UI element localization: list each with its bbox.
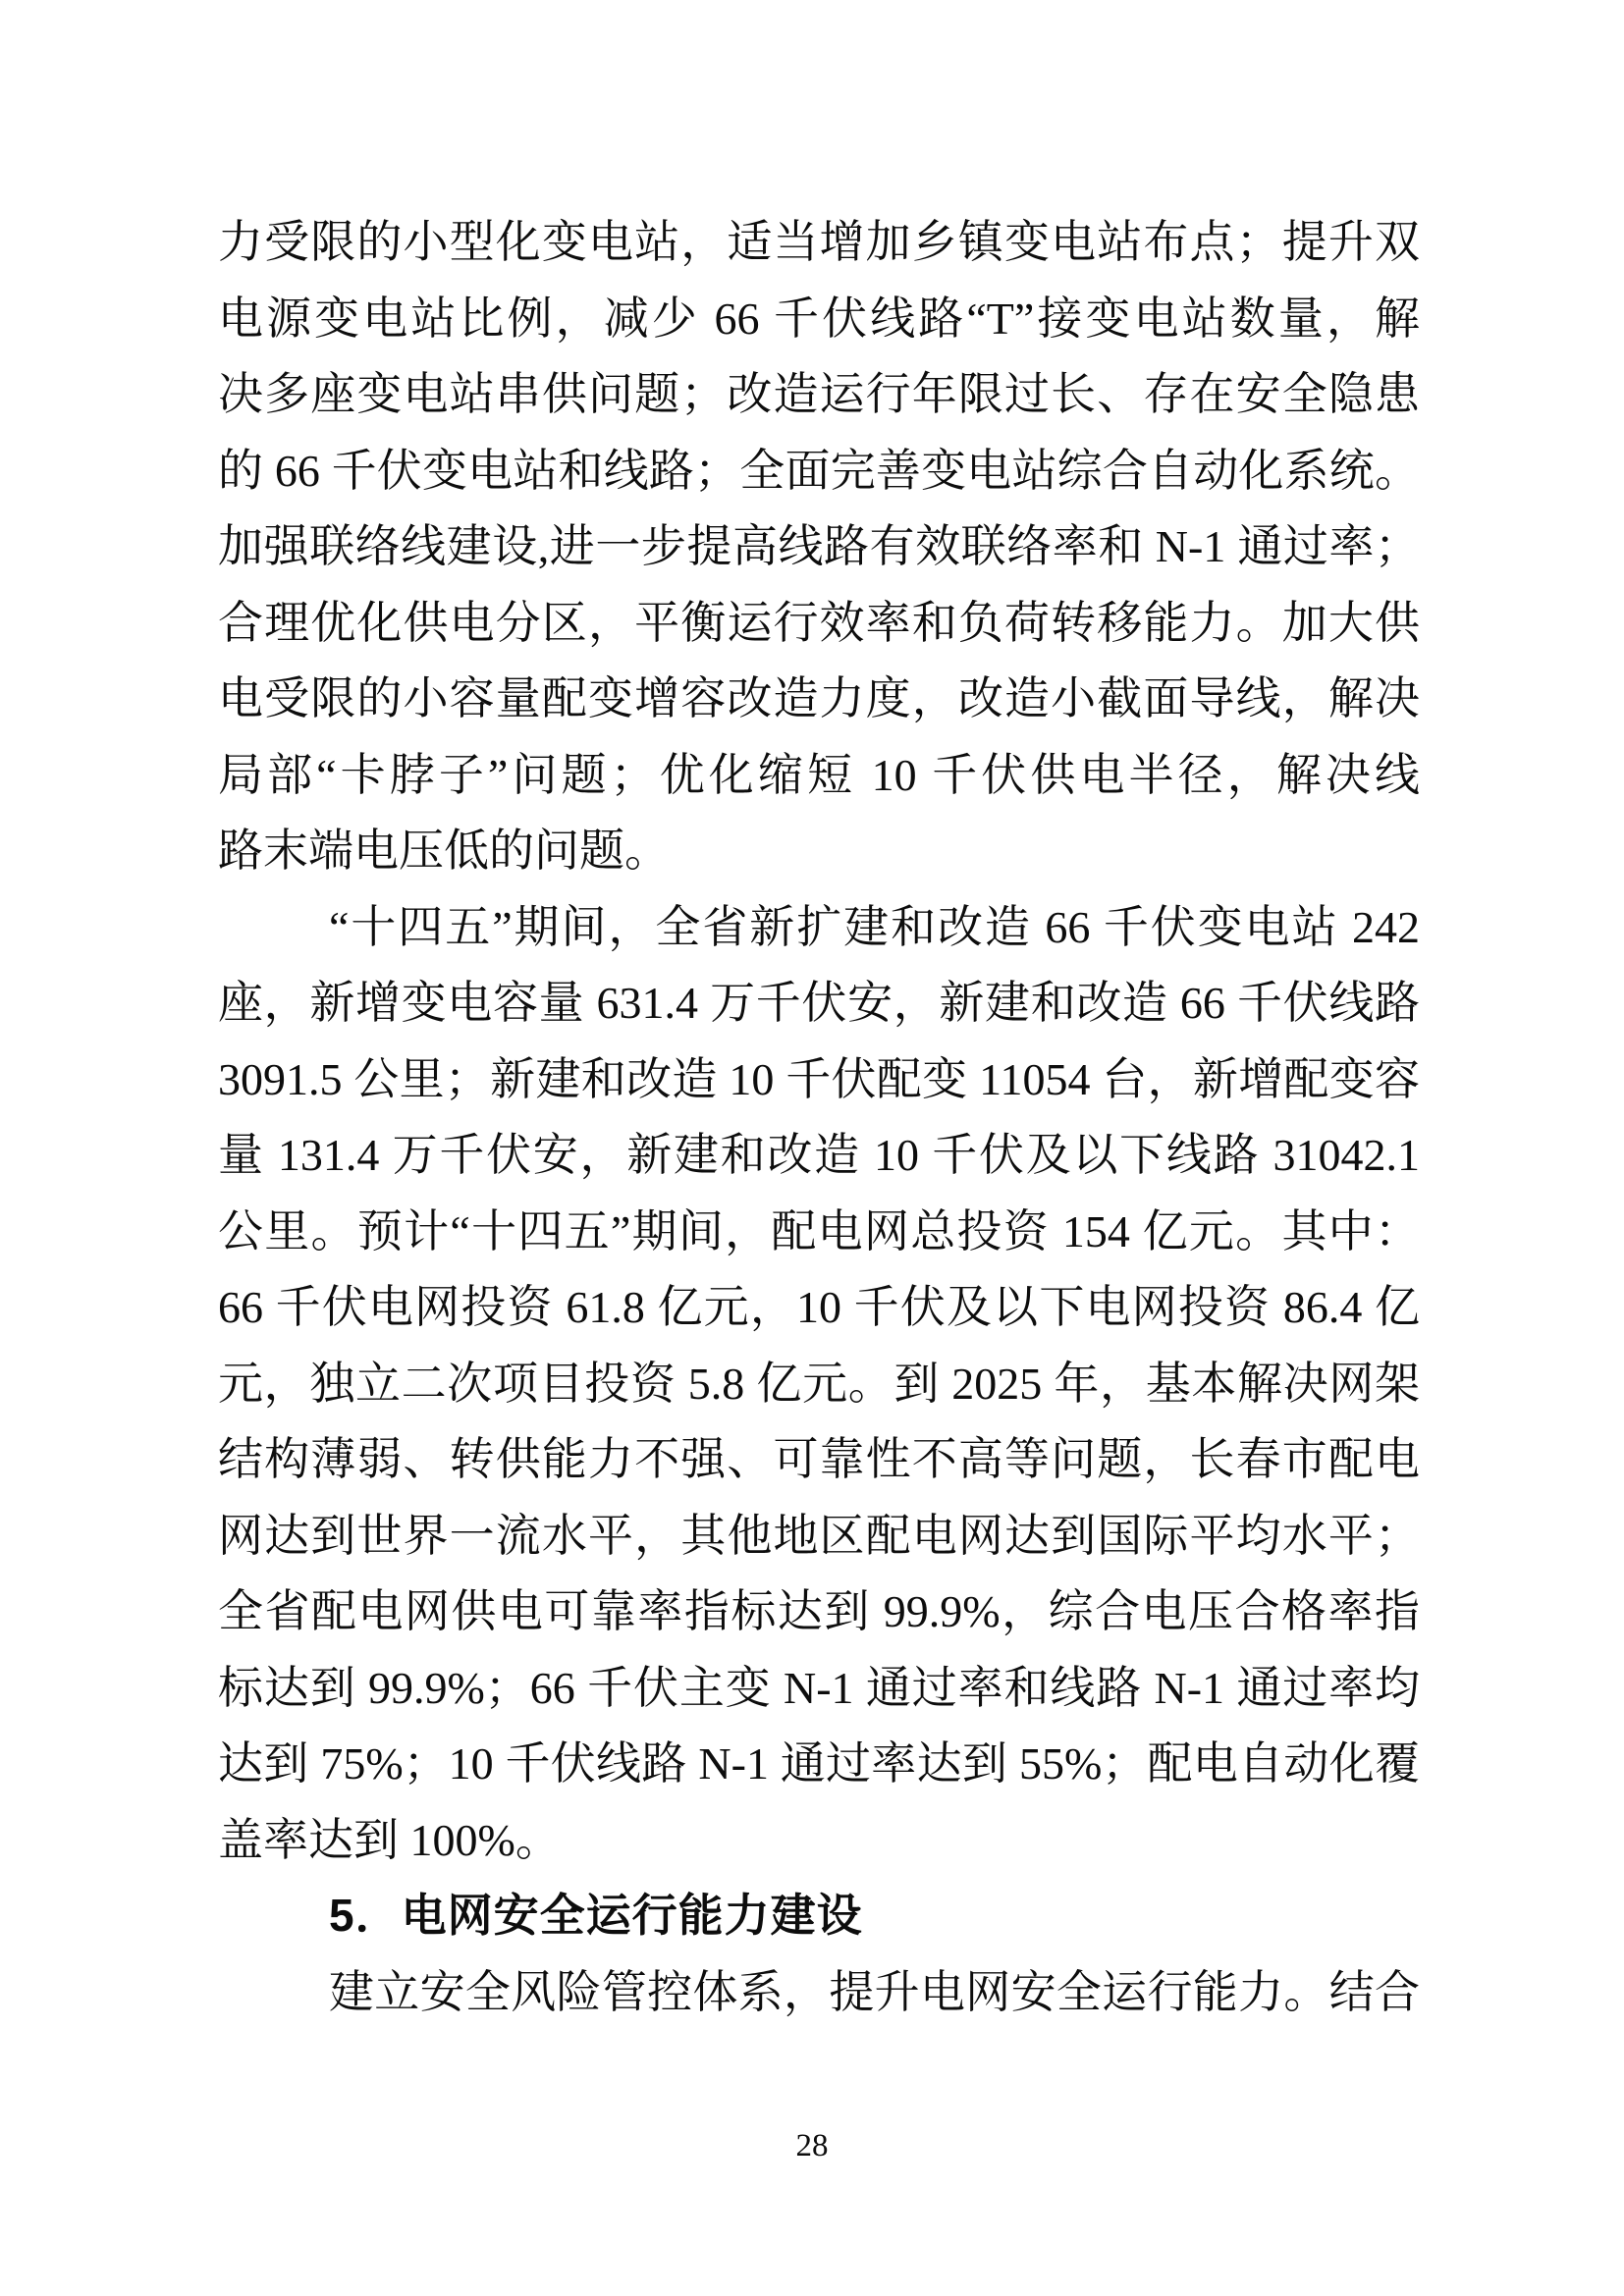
text-line: 决多座变电站串供问题；改造运行年限过长、存在安全隐患 (218, 356, 1420, 433)
text-line: 66 千伏电网投资 61.8 亿元，10 千伏及以下电网投资 86.4 亿 (218, 1269, 1420, 1346)
text-line: 局部“卡脖子”问题；优化缩短 10 千伏供电半径，解决线 (218, 737, 1420, 814)
text-line: 的 66 千伏变电站和线路；全面完善变电站综合自动化系统。 (218, 433, 1420, 509)
text-line: 量 131.4 万千伏安，新建和改造 10 千伏及以下线路 31042.1 (218, 1117, 1420, 1194)
body-text: 力受限的小型化变电站，适当增加乡镇变电站布点；提升双 电源变电站比例，减少 66… (218, 204, 1420, 2030)
text-line: 达到 75%；10 千伏线路 N-1 通过率达到 55%；配电自动化覆 (218, 1726, 1420, 1802)
text-line: 盖率达到 100%。 (218, 1802, 1420, 1879)
document-page: 力受限的小型化变电站，适当增加乡镇变电站布点；提升双 电源变电站比例，减少 66… (0, 0, 1624, 2296)
text-line: 合理优化供电分区，平衡运行效率和负荷转移能力。加大供 (218, 585, 1420, 662)
text-line: 全省配电网供电可靠率指标达到 99.9%，综合电压合格率指 (218, 1574, 1420, 1650)
page-number: 28 (0, 2126, 1624, 2165)
text-line: 电源变电站比例，减少 66 千伏线路“T”接变电站数量，解 (218, 281, 1420, 357)
section-heading: 5．电网安全运行能力建设 (218, 1878, 1420, 1954)
text-line: 结构薄弱、转供能力不强、可靠性不高等问题，长春市配电 (218, 1421, 1420, 1498)
text-line: 路末端电压低的问题。 (218, 813, 1420, 889)
text-line: 标达到 99.9%；66 千伏主变 N-1 通过率和线路 N-1 通过率均 (218, 1650, 1420, 1727)
text-line: 电受限的小容量配变增容改造力度，改造小截面导线，解决 (218, 661, 1420, 737)
text-line: 3091.5 公里；新建和改造 10 千伏配变 11054 台，新增配变容 (218, 1041, 1420, 1118)
text-line: 座，新增变电容量 631.4 万千伏安，新建和改造 66 千伏线路 (218, 965, 1420, 1041)
text-line: 公里。预计“十四五”期间，配电网总投资 154 亿元。其中： (218, 1194, 1420, 1270)
text-line: 元，独立二次项目投资 5.8 亿元。到 2025 年，基本解决网架 (218, 1346, 1420, 1422)
text-line: 建立安全风险管控体系，提升电网安全运行能力。结合 (218, 1954, 1420, 2031)
text-line: 加强联络线建设,进一步提高线路有效联络率和 N-1 通过率； (218, 508, 1420, 585)
text-line: 网达到世界一流水平，其他地区配电网达到国际平均水平； (218, 1498, 1420, 1575)
text-line: 力受限的小型化变电站，适当增加乡镇变电站布点；提升双 (218, 204, 1420, 281)
text-line: “十四五”期间，全省新扩建和改造 66 千伏变电站 242 (218, 889, 1420, 966)
